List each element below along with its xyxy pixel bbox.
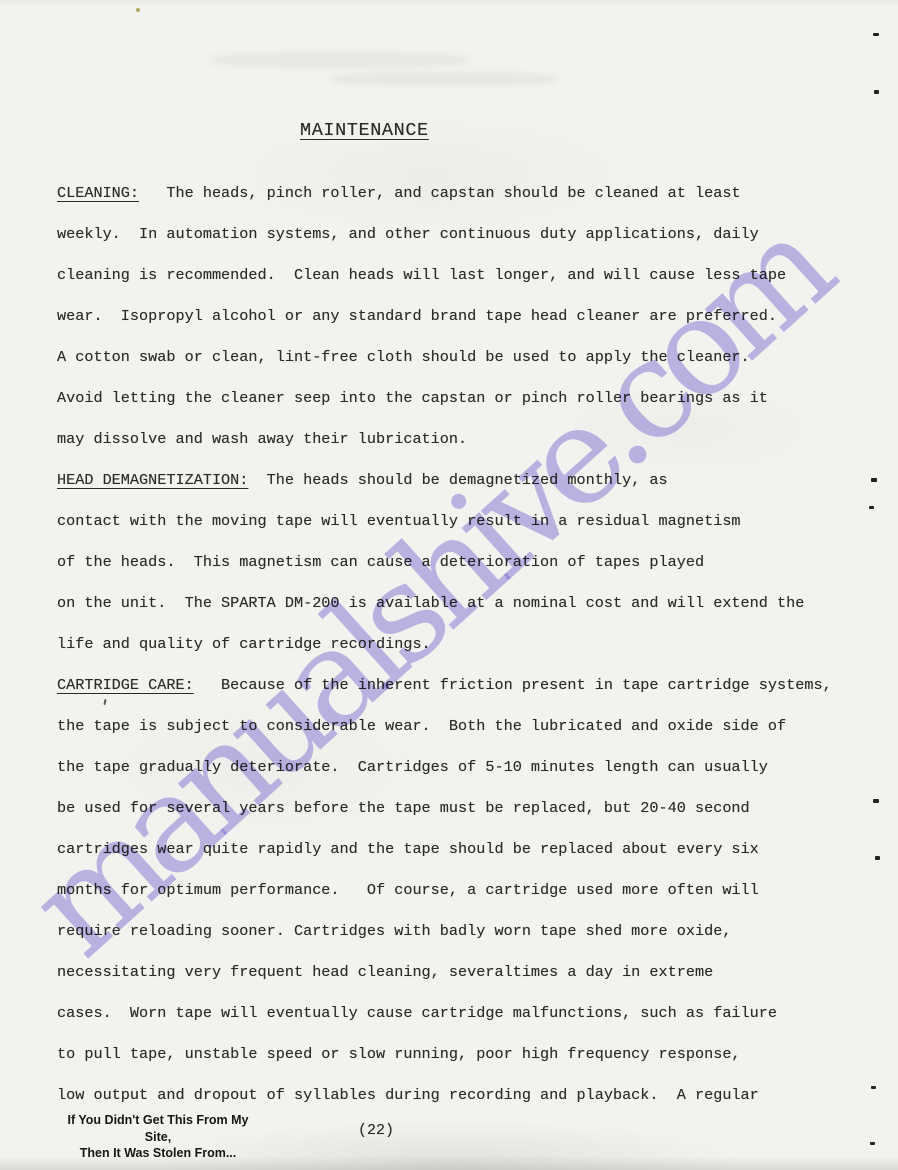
text-line: require reloading sooner. Cartridges wit… bbox=[57, 911, 832, 952]
scan-speck bbox=[870, 1142, 875, 1145]
scan-speck bbox=[873, 33, 879, 36]
page-title: MAINTENANCE bbox=[300, 120, 429, 141]
text-line: the tape is subject to considerable wear… bbox=[57, 706, 832, 747]
document-lines: CLEANING: The heads, pinch roller, and c… bbox=[57, 173, 832, 1116]
scan-speck bbox=[874, 90, 879, 94]
text-line: cleaning is recommended. Clean heads wil… bbox=[57, 255, 832, 296]
scan-speck bbox=[871, 1086, 876, 1089]
scan-dot bbox=[136, 8, 140, 12]
text-line: life and quality of cartridge recordings… bbox=[57, 624, 832, 665]
scan-speck bbox=[875, 856, 880, 860]
text-line: HEAD DEMAGNETIZATION: The heads should b… bbox=[57, 460, 832, 501]
text-line: A cotton swab or clean, lint-free cloth … bbox=[57, 337, 832, 378]
text-line: CLEANING: The heads, pinch roller, and c… bbox=[57, 173, 832, 214]
text-line: wear. Isopropyl alcohol or any standard … bbox=[57, 296, 832, 337]
text-line: of the heads. This magnetism can cause a… bbox=[57, 542, 832, 583]
text-line: the tape gradually deteriorate. Cartridg… bbox=[57, 747, 832, 788]
text-line: weekly. In automation systems, and other… bbox=[57, 214, 832, 255]
text-line: cases. Worn tape will eventually cause c… bbox=[57, 993, 832, 1034]
text-line: contact with the moving tape will eventu… bbox=[57, 501, 832, 542]
scan-speck bbox=[873, 799, 879, 803]
text-line: cartridges wear quite rapidly and the ta… bbox=[57, 829, 832, 870]
scan-smudge bbox=[330, 72, 560, 86]
section-heading: HEAD DEMAGNETIZATION: bbox=[57, 471, 248, 489]
text-line: may dissolve and wash away their lubrica… bbox=[57, 419, 832, 460]
text-line: on the unit. The SPARTA DM-200 is availa… bbox=[57, 583, 832, 624]
text-line: be used for several years before the tap… bbox=[57, 788, 832, 829]
page-number: (22) bbox=[358, 1122, 394, 1139]
text-line: CARTRIDGE CARE: Because of the inherent … bbox=[57, 665, 832, 706]
scan-speck bbox=[869, 506, 874, 509]
scan-smudge bbox=[210, 52, 470, 68]
footer-stamp-line1: If You Didn't Get This From My Site, bbox=[58, 1112, 258, 1145]
text-line: to pull tape, unstable speed or slow run… bbox=[57, 1034, 832, 1075]
text-line: Avoid letting the cleaner seep into the … bbox=[57, 378, 832, 419]
text-line: low output and dropout of syllables duri… bbox=[57, 1075, 832, 1116]
scanned-manual-page: MAINTENANCE CLEANING: The heads, pinch r… bbox=[0, 0, 898, 1170]
text-line: necessitating very frequent head cleanin… bbox=[57, 952, 832, 993]
section-heading: CLEANING: bbox=[57, 184, 139, 202]
text-line: months for optimum performance. Of cours… bbox=[57, 870, 832, 911]
section-heading: CARTRIDGE CARE: bbox=[57, 676, 194, 694]
footer-stamp-line2: Then It Was Stolen From... bbox=[58, 1145, 258, 1162]
footer-stamp: If You Didn't Get This From My Site, The… bbox=[58, 1112, 258, 1162]
scan-speck bbox=[871, 478, 877, 482]
